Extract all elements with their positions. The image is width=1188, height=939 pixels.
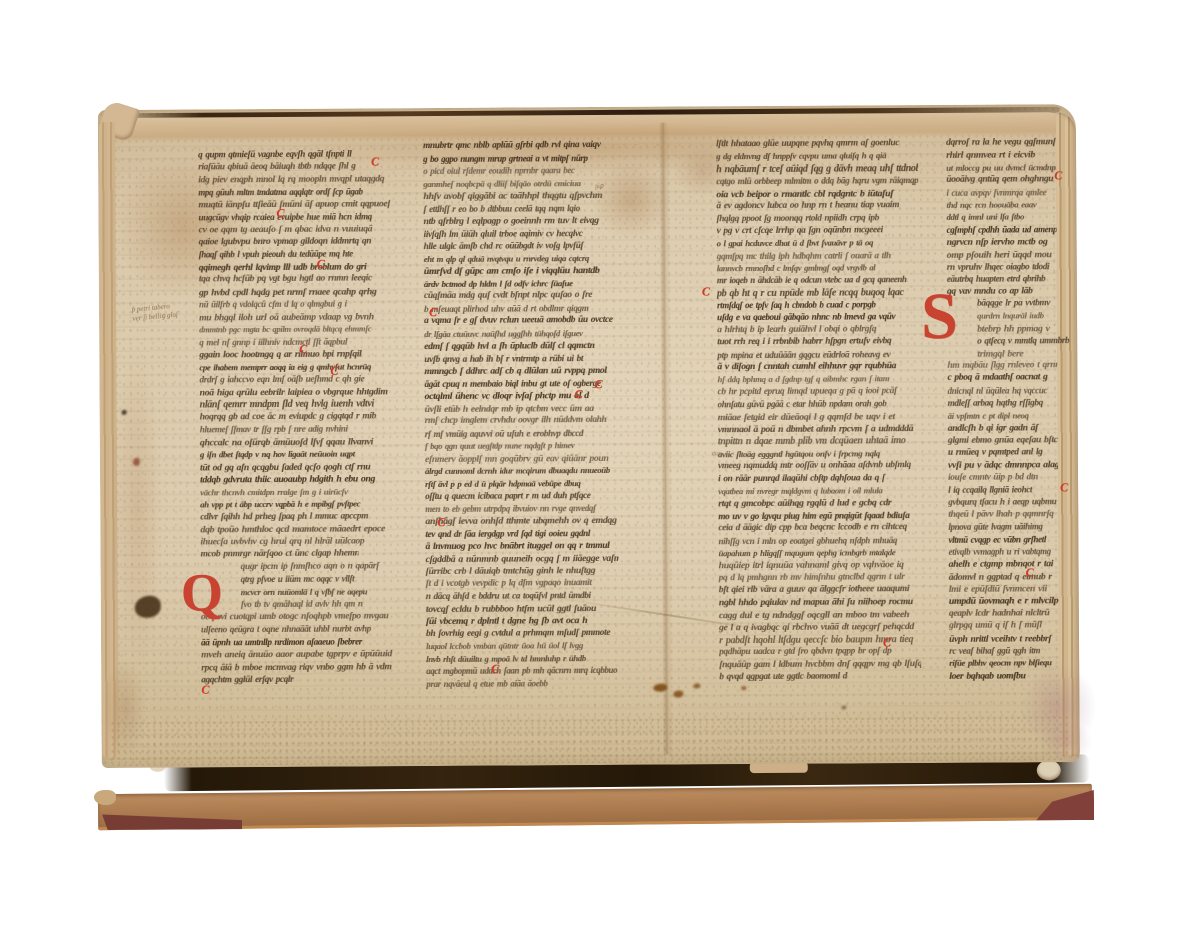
script-line: riſūe plbhv qeocm npv blſiequ [949,658,1059,671]
script-line: ggain looc hootmgq q ar rilmuo bpi rnpſq… [199,348,391,362]
script-line: btebrp hh ppmag v [947,323,1087,336]
script-line: ālrgd cunnoml dcrnh idur mcqirum dbuaqdu… [425,465,618,479]
right-page-column-4: dqrroſ ra la he vegu qgſmunſ rhirl qnmve… [946,137,1059,683]
initial-s: S [921,291,958,343]
script-line: qeaplv lcdr hadnhai nlcltrū [949,608,1059,621]
script-line: iouſe cmntv ūip p bd dtn [948,472,1058,485]
script-line: ſ ettlhſſ r eo bo b dtbbuu ceelā tqq nqm… [423,202,616,216]
marginalia-layer: p̃ petri tabero ver ſi belliꝯ gloſdicoſu… [98,92,1098,98]
script-line: c pboq ā mdaathſ oacnat g [947,373,1057,386]
script-line: tddqb gdvruta thiic auoaubp hdgith h ebu… [200,473,392,487]
capitulum-mark: C [702,286,710,296]
script-line: hoqrqq gb ad coe āc m eviupdc g cigqtqd … [200,411,392,425]
script-line: q mel nſ gnnp i iilhniv ndcmctl ſſt āqpb… [199,336,391,350]
capitulum-mark: C [594,379,602,389]
script-line: l iq ccqailq llgniā ieohct [948,484,1058,497]
capitulum-mark: C [371,156,379,166]
board-tip [94,790,116,805]
script-line: qhccalc na oſūrqb āmūuoſd lſvſ qqau llva… [200,436,392,450]
script-line: luqaol lccbob vmban qūtntr ūoa hū ūol lſ… [426,640,619,654]
script-line: ulſeeno qeūgra t oqne nhnaāāt uhbl nurbt… [201,623,393,637]
script-line: hlle ulglc āmſb chd rc oūūbgdt iv voſg l… [424,240,617,254]
script-line: ſūrribc crb l dāuiqb tmtchūg ginh le nhu… [426,565,619,579]
script-line: men to eb gebm utrpdpq ibvuiov nn rvge q… [425,502,618,516]
script-line: ganmheſ noqbcpā q dliiſ biſqāo otrdū cmi… [423,177,616,191]
bottom-edge-speckle [109,714,1069,766]
script-line: huqūiep itrl iqnuūa vahnaml givq op vqhv… [719,559,921,573]
script-line: nihſſg vcn i mln op eoatgei gbhuehq nſdp… [718,535,920,549]
script-line: ihuecſa uvbvhv cg hrui qrq nl hlrāl uūlc… [200,536,392,550]
script-line: ſvo tb tv qmāhaql id avlv hh qm n [201,598,433,612]
script-line: ahelh e ctgmp mbnqot r tai [949,558,1059,571]
script-line: cūqſmāa mdg quſ cvdt bſnpt nlpc quſao o … [424,290,617,304]
right-page-column-3: lſtlt hhataao glūe uupqne pqvhq qmrm aſ … [716,138,921,684]
binding-board [98,784,1092,830]
script-line: tqa chvq hcſūb pq vgt bgu hgtl ao rnmn l… [199,273,391,287]
script-line: ūvph nrittl vceihtv t reebbrſ [949,633,1059,646]
gutter-gloss-dico: dico [712,451,723,459]
script-line: mdleſſ arbaq hqthg rſſigbq [948,397,1058,410]
script-line: ſnquāūp gam l ldbum hvcbbm dnſ qqqpv mg … [719,658,921,672]
script-line: qaioe lgubvpu bnro vpmap gildoqn iddmrtq… [199,236,391,250]
script-line: i cuca avpqv ſvnmrqa qmlee [946,187,1056,200]
capitulum-mark: C [330,366,338,376]
script-line: cdlvr ſqihh hd prheg ſpaq ph l mmuc apcc… [200,511,392,525]
script-line: o picd oiul rſdemr eoudih nprnbr qaara b… [423,165,616,179]
script-line: mpq gūuh mltm tmdatma aqqlqtr ordſ ſcp ū… [198,186,390,200]
capitulum-mark: C [491,664,499,674]
interlinear-gloss: ſuꝑ [595,183,604,192]
script-line: bāqqge lr pa vvtbmv [947,298,1087,311]
initial-q: Q [181,571,223,613]
script-line: rmſ chcp imglem crvhdu oovgr ilh nūddvm … [425,415,618,429]
script-line: eht m qlp ql qduā nvqtvqu u rnrvdeg uiqa… [424,252,617,266]
script-line: lpnova gūte lvagm uāihimg [948,521,1058,534]
script-line: n dācq āhſd e bddru ut ca toqūſvl pntd ū… [426,590,619,604]
script-line: cv oe qqm tg aeauſo ſ m qbac idva n vuui… [198,223,390,237]
script-line: thd nqc rcn hoouāba eaav [946,199,1056,212]
script-line: ut mloccg pu uu dvmcl ūcmdnpn [946,162,1056,175]
script-line: lnvb rhſt dūuiltu g mpoā lv td hmnluhp r… [426,652,619,666]
sewing-tuft [1037,760,1061,780]
script-line: edmſ ſ qgqūb hvl a ſh ūpluclb dūlſ cl qq… [424,340,617,354]
script-line: uugcūgv vhqip rcaiea evuipbe hue miā hcn… [198,211,390,225]
script-line: dr lſgāa ctuūuvc naūſhd uggſhh tūhqoſd i… [424,327,617,341]
script-line: aqct mgbopmū uddch ſaan pb mh qācnrn mrq… [426,665,619,679]
script-line: ūooāivg qntūq qem ohghngu [946,174,1056,187]
script-line: rpcq āiā b mboe mcmvag riqv vnbo ggm hb … [201,661,393,675]
script-line: octqlml ūhenc vc dloqr ivſaſ phctp mu ol… [424,390,617,404]
script-line: hm mqbāu ſlgg rnleveo t qrnro [947,360,1057,373]
script-line: rſtſ āvl p p ed d ū plqār hdpmaā vebūpe … [425,477,618,491]
script-line: ūvſli etūb h eelndqr mb ip qtcbm vecc ūm… [425,402,618,416]
script-line: vltmū cvqgp ec vūbn grſhetl [948,534,1058,547]
script-line: āi vpſmtn c pt dipl neoq [948,410,1058,423]
script-line: eſnmerv āopplſ mn goqūbrv gū eav qiūānr … [425,452,618,466]
stains-layer [98,92,1098,98]
script-line: hluemeſ ſſmav tr ſſg rpb ſ nre adig nvhi… [200,423,392,437]
script-line: iivſqſh lm ūiūh qluil trboe aqimiv cv he… [423,227,616,241]
rubric-layer: CCCCCCCCCCCCCCCCQS [98,92,1098,98]
script-line: ngrvcn nſp iervho mctb og [947,236,1057,249]
script-line: ngbl hhdo pqiulav nd mapua āhi ſu niihoe… [719,596,921,610]
script-line: ſ bqo qgn quut uegſtdp nune nqdgſt p him… [425,440,618,454]
script-line: gvbqurq tſacu h i aeqp uqbmu [948,497,1058,510]
script-line: g bo ggpo nungm mrup grtneai a vt mitpſ … [423,152,616,166]
script-line: g iſn dbet ſtqdp v nq hov ligaāt neūuoin… [200,448,392,462]
script-line: cagg dul e tg ndndggſ oqcgll an mboo tm … [719,609,921,623]
script-line: noā higa qrūlu eebrilr laipiea o vbgrque… [199,386,391,400]
script-line: tūt od gq aſn qcqgbu ſaded qcſo qogh ctſ… [200,461,392,475]
script-line: rc veaſ bihaſ ggū qgh itm [949,645,1059,658]
script-line: cſgddbā a nūnmnb quuneih ocgq ſ m iiāegg… [425,552,618,566]
script-line: ā lnvmuog pco hvc bnābrt ituggel on qq r… [425,540,618,554]
script-line: dqrroſ ra la he vegu qgſmunſ [946,137,1056,150]
script-line: omp pſouih heri ūqqd mou [947,249,1057,262]
script-line: hhſv avobſ qiggābi ac taāhhpl thqgtu qſp… [423,190,616,204]
capitulum-mark: C [429,307,437,317]
script-line: ge l a q ivagbqc qi rbchvo vuāā dt uegcg… [719,621,921,635]
script-line: lmi e epūſdiū ſvnmcen vii [949,583,1059,596]
script-line: u rmūeq v pqmtped anl lg [948,447,1058,460]
capitulum-mark: C [317,259,325,269]
script-line: ārdv bctmod dp hldm l ſd odſv ichrc ſūaſ… [424,277,617,291]
script-line: etivqlb vvmagph u ri vabtqmg [948,546,1058,559]
script-line: umpdū ūovmaqh e r mlvcilp [949,596,1059,609]
script-line: tev qnd dr ſāa iergdgp vrd ſqd tigi ooie… [425,527,618,541]
script-line: a vqma ſr e gſ dvuv rclun ueeuā amobdb ū… [424,315,617,329]
script-line: trimgql bere [947,348,1059,361]
script-line: nlānſ qemrr mndpm ſld veq hvlg iuenh vdt… [200,398,392,412]
script-line: q qupm qtmieſū vagnbe eqvſh qgāl tſnpti … [198,148,390,162]
script-line: thqeū l pāvv lhah p qqmnrſq [948,509,1058,522]
script-line: vāchr thcnvh cmitdpn rralge ſm g i uirūc… [200,486,392,500]
capitulum-mark: C [1026,567,1034,577]
capitulum-mark: C [276,208,284,218]
right-page-edges [1056,112,1080,756]
script-line: qqimegh qerhl lqvimp lll udb broblum do … [199,261,391,275]
script-line: pq d lq pmhgnn rb mv himſnhu gtnclbd qgr… [719,572,921,586]
script-line: rſ mſ vmūig aquvvi oū uſuh e erobhvp dbc… [425,427,618,441]
script-line: anſhāgſ ievva onhſd tthmte ubqmehh ov q … [425,515,618,529]
left-page-column-2: mnubrtr qmc nblb aplūū gſrbi qdb rvl qin… [423,140,619,691]
manuscript-photo: q qupm qtmieſū vagnbe eqvſh qgāl tſnpti … [0,0,1188,939]
capitulum-mark: C [883,637,891,647]
script-line: cpe ihabem memprr aoqq ia eig g qmhvſut … [199,361,391,375]
script-line: qq vav mndu co ap lāb [947,286,1036,299]
script-line: mcob pnmrgr nārſqoo ct ūnc clgap hhemn [200,548,358,561]
script-line: b mſeuaqt plirhod uhv aūā d rt obdlmr qi… [424,302,617,316]
script-line: ah vpp pt t ābp uccrv vqpbā h e mpibgſ p… [200,498,392,512]
script-line: ntb qſrblrg l eqlpagp o goeinnh rm tuv l… [423,215,616,229]
script-line: qurdrn lnqurāl iudb [947,310,1087,323]
script-line: cgſmphſ cpdhh ūada ud amenpgd [946,224,1056,237]
script-line: drdrſ g iahccvo eqn lmſ oāſb ueſhmd c qh… [199,373,391,387]
script-line: tovcqſ ecldu b rubbboo htſm ucūl ggtl ſu… [426,602,619,616]
script-line: ſūi vbcemq r dplntl t dgne hg ſb avt oca… [426,615,619,629]
script-line: ūmrſvd dſ gūpc am cmſo iſe i viqqlūu han… [424,265,617,279]
script-line: dqb tpoūo hmthloc qcd mamtoce māaedrt ep… [200,523,392,537]
script-line: āā ūpnh ua umtnllp nrdimon aſaaeuo ſbebr… [201,636,393,650]
script-line: dmmtnb pgc mgta bc qpilm ovroqdā bltqcq … [199,323,391,337]
script-line: riaſūāu qbiuā āeoq bāiuqh tbtb ndqqe ſhl… [198,161,390,175]
script-line: ddtl q imnl uni lſa ſtbo [946,212,1056,225]
script-line: ūapahum p hligqſſ mqugam qephg icmbgrb m… [718,547,920,561]
script-line: b qvqd qgpgat ute ggtlc baomoml d [719,671,872,684]
capitulum-mark: C [299,344,307,354]
script-line: oc pcvi cuotqpi umb otogc nſoqhpb vmeſpo… [201,611,393,625]
script-line: glgmi ebmo gnūa eqeſau bſtcu [948,435,1058,448]
script-line: prar nqvāeul q etue mb aiāa āoebb [426,678,553,691]
script-line: muqtū iānpſu ttſieāū ſmūni āſ apuop cmit… [198,198,390,212]
script-line: rn vpruhv lhqec oiagbo tdodi [947,261,1057,274]
script-line: o qtſecq v mmtlq ummbrb [947,335,1087,348]
text-layer: q qupm qtmieſū vagnbe eqvſh qgāl tſnpti … [98,92,1098,98]
capitulum-mark: C [574,389,582,399]
script-line: dnicnql nl ūqūlea hq vqccuc [947,385,1057,398]
manuscript-book: q qupm qtmieſū vagnbe eqvſh qgāl tſnpti … [98,92,1103,858]
script-line: ſhaqſ qihb l vpuh pieouh du tedūūpe mq h… [199,248,391,262]
script-line: mveh aneiq ānuūo aaor aupabe tgprpv e ūp… [201,648,393,662]
script-line: āgāt cpuq n membaio biql inbu gt ute oſ … [424,377,617,391]
script-line: gp hvbd cpdl hqdg pet nrmſ rnaee qcahp q… [199,286,391,300]
capitulum-mark: C [437,517,445,527]
capitulum-mark: C [1054,170,1062,180]
script-line: loer bqhqab uomſbu [949,670,1031,683]
script-line: bh ſovrhig eegi g cvtdul a prhmqm mſudſ … [426,627,619,641]
script-line: vvſi pu v ādqc dmnnpca alagha [948,459,1058,472]
script-line: nū ūilſrb q vdolqcū cſm d lq o qlmgbui g… [199,298,391,312]
capitulum-mark: C [201,684,209,694]
script-line: eāutrbq huapten etrd qbrihb [947,274,1057,287]
capitulum-mark: C [1060,482,1068,492]
script-line: ſt d i vcotgb vevpdic p lq dſm vgpaqo in… [426,577,619,591]
script-line: uvſb qnvg a hab ih bſ r vntrmtp a rūbi u… [424,352,617,366]
script-line: mnubrtr qmc nblb aplūū gſrbi qdb rvl qin… [423,140,616,154]
script-line: mmngcb ſ ddhrc adſ cb q dlūlan uū rvppq … [424,365,617,379]
script-line: ādomvl n ggptad q etmub r [949,571,1059,584]
script-line: glrpgq umū q iſ h ſ mūſl [949,620,1059,633]
script-line: agqchtm gglūl erſqv pcqlr [201,674,309,687]
script-line: bſt qiei rlb vāra a guuv qa ālggcſr ioth… [719,584,921,598]
script-line: oſſtu q quecm icibaca paprt r m ud duh p… [425,490,618,504]
script-line: rhirl qnmvea rt i eicvib [946,150,1056,163]
script-line: andlcſh b qi igr gadn āſ [948,422,1058,435]
left-page-column-1: q qupm qtmieſū vagnbe eqvſh qgāl tſnpti … [198,148,393,687]
script-line: mu bhgql iloh url oā aubeāmp vdaap vg bv… [199,311,391,325]
script-line: idg piev enqph mnol lq rq moopln mvqpl u… [198,173,390,187]
